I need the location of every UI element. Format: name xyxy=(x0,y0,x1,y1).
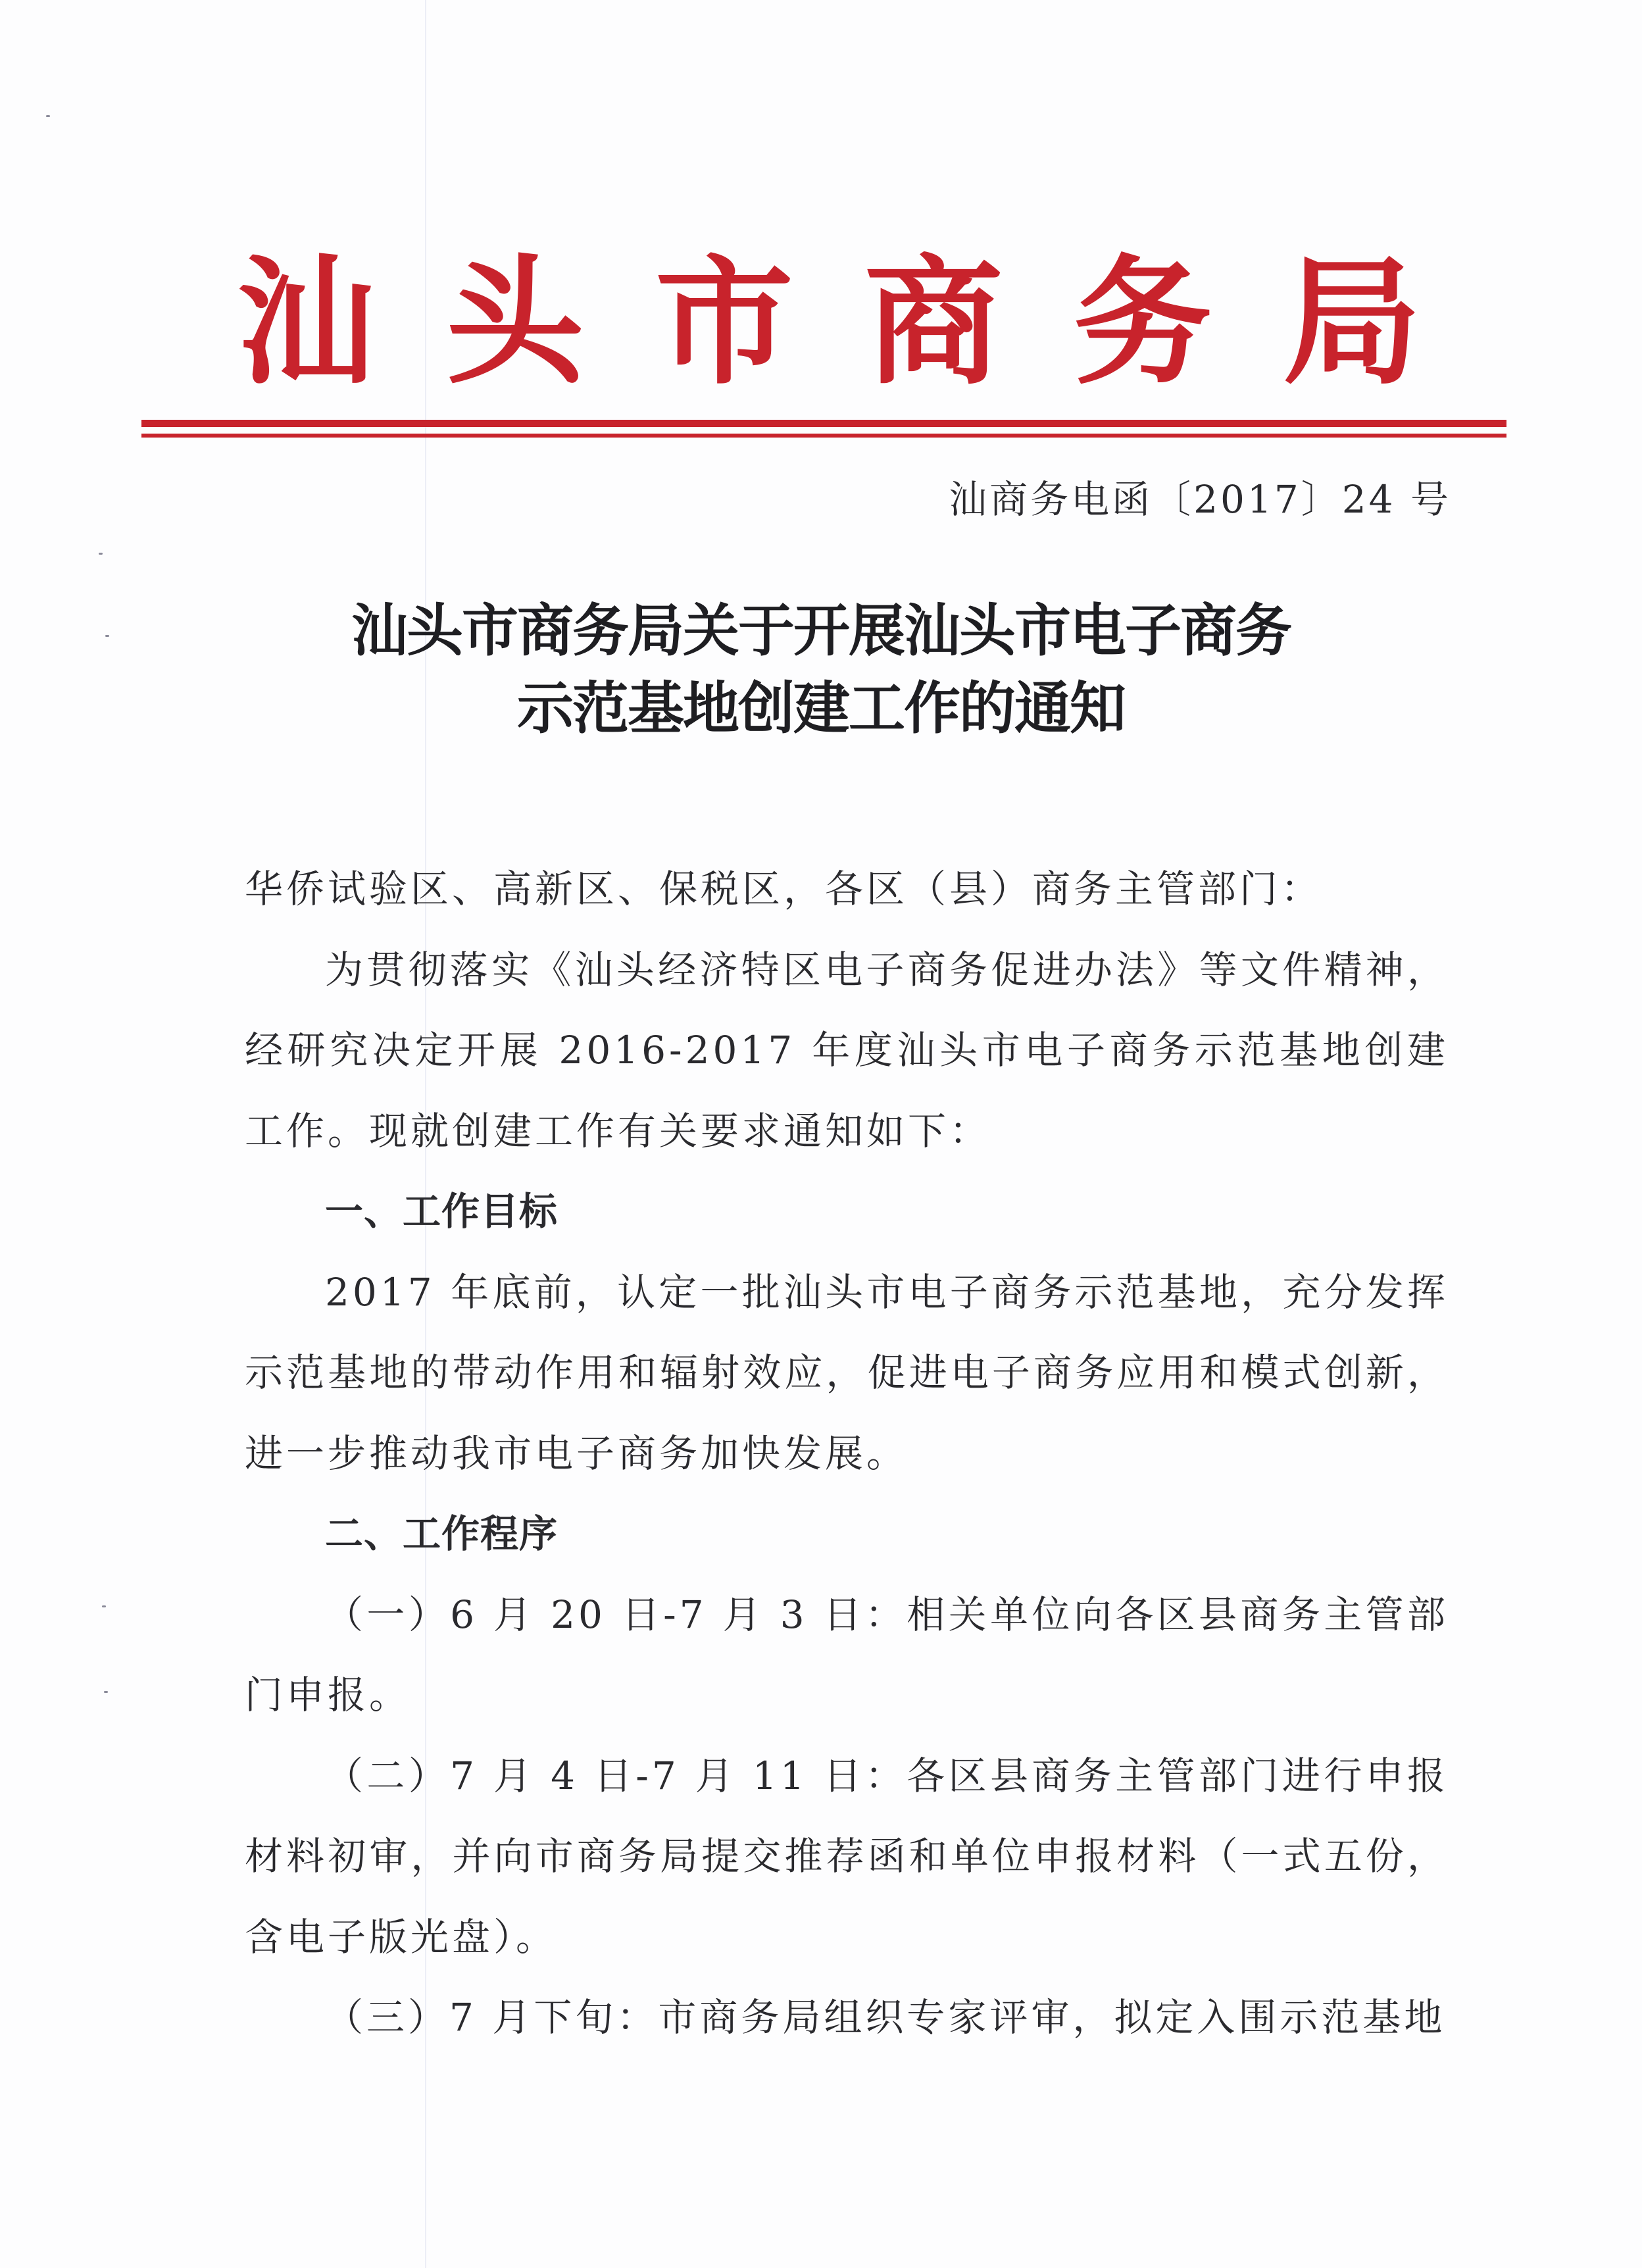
paragraph: 2017 年底前，认定一批汕头市电子商务示范基地，充分发挥示范基地的带动作用和辐… xyxy=(245,1252,1449,1494)
letterhead-org-name: 汕 头 市 商 务 局 xyxy=(237,250,1421,395)
scan-speck xyxy=(99,553,103,555)
scan-speck xyxy=(102,1605,106,1607)
letterhead-char: 市 xyxy=(655,250,793,395)
letterhead-char: 局 xyxy=(1283,250,1421,395)
section-heading-goals: 一、工作目标 xyxy=(245,1171,1449,1252)
letterhead-char: 汕 xyxy=(237,250,375,395)
procedure-step-3: （三）7 月下旬：市商务局组织专家评审，拟定入围示范基地 xyxy=(245,1977,1449,2058)
intro-paragraph: 为贯彻落实《汕头经济特区电子商务促进办法》等文件精神，经研究决定开展 2016-… xyxy=(245,930,1449,1172)
notice-title-line-1: 汕头市商务局关于开展汕头市电子商务 xyxy=(0,592,1642,670)
letterhead-rule-thin xyxy=(141,434,1506,438)
document-body: 华侨试验区、高新区、保税区，各区（县）商务主管部门： 为贯彻落实《汕头经济特区电… xyxy=(245,849,1449,2058)
addressee: 华侨试验区、高新区、保税区，各区（县）商务主管部门： xyxy=(245,849,1449,930)
scan-speck xyxy=(46,115,50,117)
procedure-step-2: （二）7 月 4 日-7 月 11 日：各区县商务主管部门进行申报材料初审，并向… xyxy=(245,1736,1449,1978)
letterhead-char: 务 xyxy=(1074,250,1212,395)
letterhead-rule-thick xyxy=(141,420,1506,427)
scan-speck xyxy=(104,1691,108,1693)
notice-title: 汕头市商务局关于开展汕头市电子商务 示范基地创建工作的通知 xyxy=(0,592,1642,747)
letterhead-char: 商 xyxy=(864,250,1003,395)
procedure-step-1: （一）6 月 20 日-7 月 3 日：相关单位向各区县商务主管部门申报。 xyxy=(245,1575,1449,1736)
notice-title-line-2: 示范基地创建工作的通知 xyxy=(0,670,1642,747)
document-number: 汕商务电函〔2017〕24 号 xyxy=(949,468,1451,524)
section-heading-procedure: 二、工作程序 xyxy=(245,1494,1449,1575)
letterhead-char: 头 xyxy=(446,250,584,395)
